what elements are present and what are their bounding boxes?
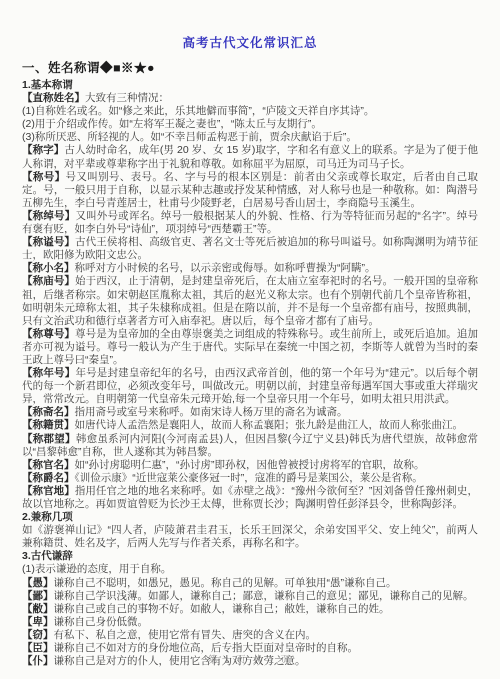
term-tag: 【称年号】 bbox=[22, 367, 75, 379]
paragraph: (2)用于介绍或作传。如“左将军王凝之妻也”，“陈太丘与友期行”。 bbox=[22, 118, 478, 131]
term-tag: 【敝】 bbox=[22, 603, 54, 615]
subsection-heading: 1.基本称谓 bbox=[22, 79, 478, 92]
paragraph-text: 《训俭示康》“近世寇莱公豪侈冠一时”，寇准的爵号是莱国公，莱公是省称。 bbox=[75, 472, 423, 484]
paragraph-text: 3.古代谦辞 bbox=[22, 550, 73, 562]
paragraph-text: 古代王侯将相、高级官吏、著名文士等死后被追加的称号叫谥号。如称陶渊明为靖节征士，… bbox=[22, 236, 478, 261]
term-tag: 【卑】 bbox=[22, 616, 54, 628]
paragraph-text: 称呼对方小时候的名号，以示亲密或侮辱。如称呼曹操为“阿瞒”。 bbox=[75, 262, 376, 274]
term-tag: 【称斋名】 bbox=[22, 406, 75, 418]
term-tag: 【称绰号】 bbox=[22, 210, 75, 222]
term-tag: 【称号】 bbox=[22, 171, 65, 183]
paragraph: 【称绰号】又叫外号或诨名。绰号一般根据某人的外貌、性格、行为等特征而另起的“名字… bbox=[22, 210, 478, 236]
term-tag: 【称官地】 bbox=[22, 485, 75, 497]
term-tag: 【称谥号】 bbox=[22, 236, 75, 248]
paragraph-text: 指用任官之地的地名来称呼。如《赤壁之战》：“豫州今欲何至？”因刘备曾任豫州刺史，… bbox=[22, 485, 478, 510]
term-tag: 【称小名】 bbox=[22, 262, 75, 274]
paragraph: 【卑】谦称自己身份低微。 bbox=[22, 616, 478, 629]
paragraph: 【称字】古人幼时命名，成年(男 20 岁、女 15 岁)取字，字和名有意义上的联… bbox=[22, 144, 478, 170]
paragraph-text: 又叫外号或诨名。绰号一般根据某人的外貌、性格、行为等特征而另起的“名字”。绰号有… bbox=[22, 210, 478, 235]
document-page: 高考古代文化常识汇总 一、姓名称谓◆■※★● 1.基本称谓【直称姓名】大致有三种… bbox=[0, 0, 500, 679]
paragraph-text: 韩愈虽系河内河阳(今河南孟县)人，但因昌黎(今辽宁义县)韩氏为唐代望族，故韩愈常… bbox=[22, 433, 478, 458]
paragraph: 【称尊号】尊号是为皇帝加的全由尊崇褒美之词组成的特殊称号。或生前所上，或死后追加… bbox=[22, 328, 478, 367]
term-tag: 【称官名】 bbox=[22, 459, 75, 471]
paragraph-text: 号又叫别号、表号。名、字与号的根本区别是：前者由父亲或尊长取定，后者由自己取定。… bbox=[22, 171, 478, 209]
paragraph-text: 如唐代诗人孟浩然是襄阳人，故而人称孟襄阳；张九龄是曲江人，故而人称张曲江。 bbox=[75, 419, 464, 431]
paragraph-text: 古人幼时命名，成年(男 20 岁、女 15 岁)取字，字和名有意义上的联系。字是… bbox=[22, 144, 478, 169]
term-tag: 【愚】 bbox=[22, 577, 54, 589]
paragraph: 【鄙】谦称自己学识浅薄。如鄙人，谦称自己；鄙意，谦称自己的意见；鄙见，谦称自己的… bbox=[22, 590, 478, 603]
term-tag: 【称尊号】 bbox=[22, 328, 75, 340]
paragraph: 【称小名】称呼对方小时候的名号，以示亲密或侮辱。如称呼曹操为“阿瞒”。 bbox=[22, 262, 478, 275]
paragraph: 【称年号】年号是封建皇帝纪年的名号，由西汉武帝首创，他的第一个年号为“建元”。以… bbox=[22, 367, 478, 406]
paragraph-text: 如“孙讨虏聪明仁惠”，“孙讨虏”即孙权，因他曾被授讨虏将军的官职，故称。 bbox=[75, 459, 425, 471]
paragraph: 【称官地】指用任官之地的地名来称呼。如《赤壁之战》：“豫州今欲何至？”因刘备曾任… bbox=[22, 485, 478, 511]
document-content: 高考古代文化常识汇总 一、姓名称谓◆■※★● 1.基本称谓【直称姓名】大致有三种… bbox=[0, 0, 500, 668]
paragraph: 【称籍贯】如唐代诗人孟浩然是襄阳人，故而人称孟襄阳；张九龄是曲江人，故而人称张曲… bbox=[22, 419, 478, 432]
paragraph: (1)表示谦逊的态度，用于自称。 bbox=[22, 563, 478, 576]
paragraph: 【称斋名】指用斋号或室号来称呼。如南宋诗人杨万里的斋名为诚斋。 bbox=[22, 406, 478, 419]
term-tag: 【鄙】 bbox=[22, 590, 54, 602]
paragraph-text: 有私下、私自之意，使用它常有冒失、唐突的含义在内。 bbox=[54, 629, 317, 641]
paragraph-text: 1.基本称谓 bbox=[22, 79, 73, 91]
paragraph: 【称庙号】始于西汉，止于清朝，是封建皇帝死后，在太庙立室奉祀时的名号。一般开国的… bbox=[22, 275, 478, 327]
paragraph: 【称谥号】古代王侯将相、高级官吏、著名文士等死后被追加的称号叫谥号。如称陶渊明为… bbox=[22, 236, 478, 262]
term-tag: 【称庙号】 bbox=[22, 275, 75, 287]
document-body: 1.基本称谓【直称姓名】大致有三种情况：(1)自称姓名或名。如“修之来此，乐其地… bbox=[22, 79, 478, 668]
subsection-heading: 2.兼称几项 bbox=[22, 511, 478, 524]
page-number-footer: 第 1 页 共 1 页 bbox=[0, 652, 500, 666]
paragraph: 【称郡望】韩愈虽系河内河阳(今河南孟县)人，但因昌黎(今辽宁义县)韩氏为唐代望族… bbox=[22, 433, 478, 459]
paragraph-text: 大致有三种情况： bbox=[85, 92, 169, 104]
paragraph: 【称官名】如“孙讨虏聪明仁惠”，“孙讨虏”即孙权，因他曾被授讨虏将军的官职，故称… bbox=[22, 459, 478, 472]
paragraph: 【称号】号又叫别号、表号。名、字与号的根本区别是：前者由父亲或尊长取定，后者由自… bbox=[22, 171, 478, 210]
paragraph-text: 如《游褒禅山记》“四人者，庐陵萧君圭君玉，长乐王回深父，余弟安国平父、安上纯父”… bbox=[22, 524, 478, 549]
term-tag: 【称字】 bbox=[22, 144, 64, 156]
paragraph-text: 尊号是为皇帝加的全由尊崇褒美之词组成的特殊称号。或生前所上，或死后追加。追加者亦… bbox=[22, 328, 478, 366]
paragraph-text: 始于西汉，止于清朝，是封建皇帝死后，在太庙立室奉祀时的名号。一般开国的皇帝称祖，… bbox=[22, 275, 478, 326]
paragraph: 【愚】谦称自己不聪明，如愚兄，愚见。称自己的见解。可单独用“愚”谦称自己。 bbox=[22, 577, 478, 590]
paragraph-text: (2)用于介绍或作传。如“左将军王凝之妻也”，“陈太丘与友期行”。 bbox=[22, 118, 322, 130]
paragraph: 【称爵名】《训俭示康》“近世寇莱公豪侈冠一时”，寇准的爵号是莱国公，莱公是省称。 bbox=[22, 472, 478, 485]
paragraph: 如《游褒禅山记》“四人者，庐陵萧君圭君玉，长乐王回深父，余弟安国平父、安上纯父”… bbox=[22, 524, 478, 550]
paragraph: 【窃】有私下、私自之意，使用它常有冒失、唐突的含义在内。 bbox=[22, 629, 478, 642]
paragraph-text: 2.兼称几项 bbox=[22, 511, 73, 523]
term-tag: 【直称姓名】 bbox=[22, 92, 85, 104]
paragraph-text: (3)称所厌恶、所轻视的人。如“不幸吕师孟构恶于前，贾余庆献谄于后”。 bbox=[22, 131, 357, 143]
paragraph-text: (1)表示谦逊的态度，用于自称。 bbox=[22, 563, 171, 575]
paragraph: (3)称所厌恶、所轻视的人。如“不幸吕师孟构恶于前，贾余庆献谄于后”。 bbox=[22, 131, 478, 144]
section-heading: 一、姓名称谓◆■※★● bbox=[22, 58, 478, 76]
page-title: 高考古代文化常识汇总 bbox=[22, 33, 478, 51]
paragraph-text: 谦称自己身份低微。 bbox=[54, 616, 149, 628]
paragraph: 【直称姓名】大致有三种情况： bbox=[22, 92, 478, 105]
term-tag: 【称爵名】 bbox=[22, 472, 75, 484]
paragraph-text: 指用斋号或室号来称呼。如南宋诗人杨万里的斋名为诚斋。 bbox=[75, 406, 348, 418]
paragraph-text: 谦称自己不聪明，如愚兄，愚见。称自己的见解。可单独用“愚”谦称自己。 bbox=[54, 577, 397, 589]
paragraph: 【敝】谦称自己或自己的事物不好。如敝人，谦称自己；敝姓，谦称自己的姓。 bbox=[22, 603, 478, 616]
paragraph-text: (1)自称姓名或名。如“修之来此，乐其地僻而事简”，“庐陵文天祥自序其诗”。 bbox=[22, 105, 374, 117]
term-tag: 【称郡望】 bbox=[22, 433, 76, 445]
term-tag: 【窃】 bbox=[22, 629, 54, 641]
paragraph: (1)自称姓名或名。如“修之来此，乐其地僻而事简”，“庐陵文天祥自序其诗”。 bbox=[22, 105, 478, 118]
subsection-heading: 3.古代谦辞 bbox=[22, 550, 478, 563]
paragraph-text: 年号是封建皇帝纪年的名号，由西汉武帝首创，他的第一个年号为“建元”。以后每个朝代… bbox=[22, 367, 478, 405]
paragraph-text: 谦称自己或自己的事物不好。如敝人，谦称自己；敝姓，谦称自己的姓。 bbox=[54, 603, 390, 615]
term-tag: 【称籍贯】 bbox=[22, 419, 75, 431]
paragraph-text: 谦称自己学识浅薄。如鄙人，谦称自己；鄙意，谦称自己的意见；鄙见，谦称自己的见解。 bbox=[54, 590, 474, 602]
